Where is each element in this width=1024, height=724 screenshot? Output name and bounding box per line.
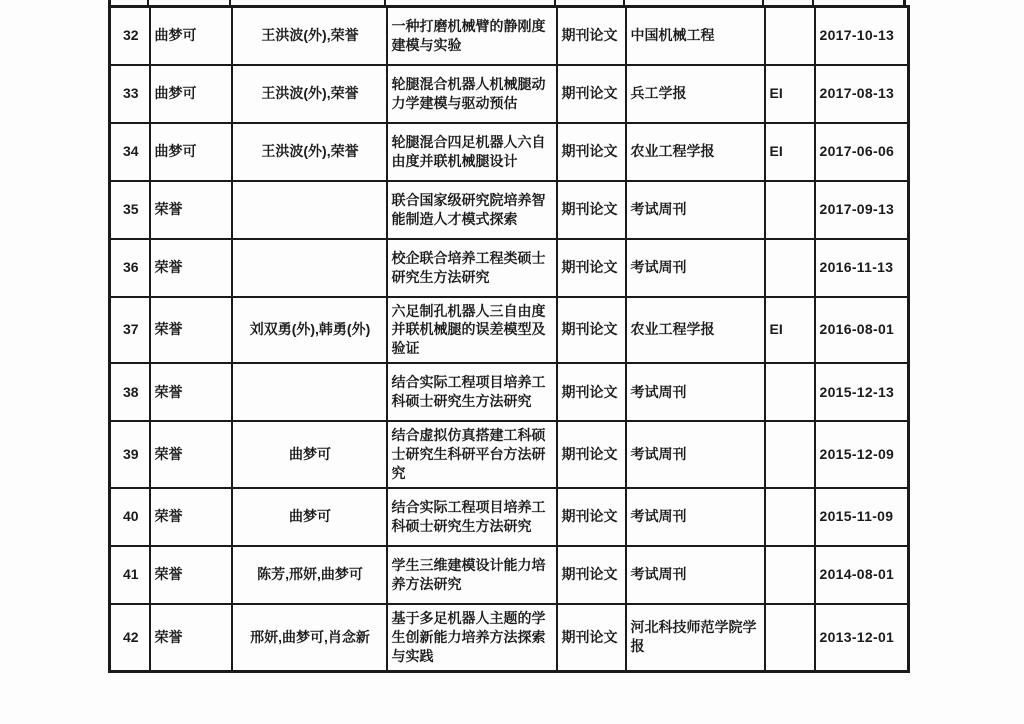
cell-row-number: 33 <box>110 65 150 123</box>
cell-paper-type: 期刊论文 <box>557 604 626 671</box>
cell-paper-title: 联合国家级研究院培养智能制造人才模式探索 <box>387 181 557 239</box>
publications-table-body: 32 曲梦可 王洪波(外),荣誉 一种打磨机械臂的静刚度建模与实验 期刊论文 中… <box>110 7 909 672</box>
cell-paper-title: 学生三维建模设计能力培养方法研究 <box>387 546 557 604</box>
cell-date: 2014-08-01 <box>815 546 909 604</box>
cell-index-tag: EI <box>765 123 815 181</box>
table-row: 37 荣誉 刘双勇(外),韩勇(外) 六足制孔机器人三自由度并联机械腿的误差模型… <box>110 297 909 364</box>
cell-journal: 河北科技师范学院学报 <box>626 604 765 671</box>
cell-date: 2015-11-09 <box>815 488 909 546</box>
cell-journal: 农业工程学报 <box>626 123 765 181</box>
cell-coauthors: 王洪波(外),荣誉 <box>232 65 387 123</box>
cell-journal: 兵工学报 <box>626 65 765 123</box>
cell-row-number: 40 <box>110 488 150 546</box>
cell-row-number: 32 <box>110 7 150 65</box>
table-row: 39 荣誉 曲梦可 结合虚拟仿真搭建工科硕士研究生科研平台方法研究 期刊论文 考… <box>110 421 909 488</box>
cell-date: 2013-12-01 <box>815 604 909 671</box>
cell-paper-type: 期刊论文 <box>557 123 626 181</box>
cell-coauthors <box>232 181 387 239</box>
cell-coauthors: 王洪波(外),荣誉 <box>232 123 387 181</box>
cell-journal: 考试周刊 <box>626 363 765 421</box>
cell-paper-type: 期刊论文 <box>557 488 626 546</box>
cell-index-tag <box>765 7 815 65</box>
cell-date: 2017-08-13 <box>815 65 909 123</box>
cell-coauthors <box>232 363 387 421</box>
cell-index-tag <box>765 181 815 239</box>
cell-index-tag <box>765 604 815 671</box>
cell-paper-title: 结合实际工程项目培养工科硕士研究生方法研究 <box>387 488 557 546</box>
cell-row-number: 35 <box>110 181 150 239</box>
cell-row-number: 41 <box>110 546 150 604</box>
cell-index-tag <box>765 546 815 604</box>
cell-paper-title: 轮腿混合四足机器人六自由度并联机械腿设计 <box>387 123 557 181</box>
cell-date: 2017-10-13 <box>815 7 909 65</box>
cell-paper-type: 期刊论文 <box>557 546 626 604</box>
cell-index-tag: EI <box>765 297 815 364</box>
cell-coauthors: 曲梦可 <box>232 488 387 546</box>
cell-author: 曲梦可 <box>150 123 232 181</box>
cell-paper-type: 期刊论文 <box>557 363 626 421</box>
table-row: 36 荣誉 校企联合培养工程类硕士研究生方法研究 期刊论文 考试周刊 2016-… <box>110 239 909 297</box>
cell-row-number: 34 <box>110 123 150 181</box>
cell-paper-type: 期刊论文 <box>557 239 626 297</box>
cell-paper-type: 期刊论文 <box>557 65 626 123</box>
cell-row-number: 37 <box>110 297 150 364</box>
cell-journal: 农业工程学报 <box>626 297 765 364</box>
cell-coauthors <box>232 239 387 297</box>
cell-journal: 考试周刊 <box>626 181 765 239</box>
cell-index-tag: EI <box>765 65 815 123</box>
cell-author: 荣誉 <box>150 421 232 488</box>
cell-author: 荣誉 <box>150 297 232 364</box>
cell-coauthors: 刘双勇(外),韩勇(外) <box>232 297 387 364</box>
cell-author: 曲梦可 <box>150 65 232 123</box>
cell-author: 荣誉 <box>150 181 232 239</box>
cell-date: 2015-12-09 <box>815 421 909 488</box>
cell-journal: 考试周刊 <box>626 488 765 546</box>
table-row: 40 荣誉 曲梦可 结合实际工程项目培养工科硕士研究生方法研究 期刊论文 考试周… <box>110 488 909 546</box>
table-row: 38 荣誉 结合实际工程项目培养工科硕士研究生方法研究 期刊论文 考试周刊 20… <box>110 363 909 421</box>
cell-row-number: 38 <box>110 363 150 421</box>
cell-author: 荣誉 <box>150 488 232 546</box>
publications-table: 32 曲梦可 王洪波(外),荣誉 一种打磨机械臂的静刚度建模与实验 期刊论文 中… <box>108 5 910 673</box>
cell-journal: 考试周刊 <box>626 546 765 604</box>
table-row: 41 荣誉 陈芳,邢妍,曲梦可 学生三维建模设计能力培养方法研究 期刊论文 考试… <box>110 546 909 604</box>
cell-journal: 中国机械工程 <box>626 7 765 65</box>
table-row: 42 荣誉 邢妍,曲梦可,肖念新 基于多足机器人主题的学生创新能力培养方法探索与… <box>110 604 909 671</box>
cell-date: 2017-09-13 <box>815 181 909 239</box>
cell-index-tag <box>765 421 815 488</box>
cell-coauthors: 邢妍,曲梦可,肖念新 <box>232 604 387 671</box>
cell-paper-title: 一种打磨机械臂的静刚度建模与实验 <box>387 7 557 65</box>
cell-paper-title: 结合虚拟仿真搭建工科硕士研究生科研平台方法研究 <box>387 421 557 488</box>
cell-coauthors: 王洪波(外),荣誉 <box>232 7 387 65</box>
document-page: 32 曲梦可 王洪波(外),荣誉 一种打磨机械臂的静刚度建模与实验 期刊论文 中… <box>0 0 1024 724</box>
cell-paper-type: 期刊论文 <box>557 181 626 239</box>
cell-paper-type: 期刊论文 <box>557 421 626 488</box>
cell-author: 荣誉 <box>150 604 232 671</box>
cell-row-number: 36 <box>110 239 150 297</box>
cell-paper-title: 六足制孔机器人三自由度并联机械腿的误差模型及验证 <box>387 297 557 364</box>
cell-author: 荣誉 <box>150 363 232 421</box>
cell-paper-title: 校企联合培养工程类硕士研究生方法研究 <box>387 239 557 297</box>
table-row: 32 曲梦可 王洪波(外),荣誉 一种打磨机械臂的静刚度建模与实验 期刊论文 中… <box>110 7 909 65</box>
cell-author: 荣誉 <box>150 546 232 604</box>
table-row: 33 曲梦可 王洪波(外),荣誉 轮腿混合机器人机械腿动力学建模与驱动预估 期刊… <box>110 65 909 123</box>
cell-index-tag <box>765 239 815 297</box>
cell-row-number: 39 <box>110 421 150 488</box>
cell-paper-title: 轮腿混合机器人机械腿动力学建模与驱动预估 <box>387 65 557 123</box>
cell-coauthors: 曲梦可 <box>232 421 387 488</box>
cell-paper-title: 结合实际工程项目培养工科硕士研究生方法研究 <box>387 363 557 421</box>
cell-date: 2016-08-01 <box>815 297 909 364</box>
cell-paper-title: 基于多足机器人主题的学生创新能力培养方法探索与实践 <box>387 604 557 671</box>
cell-journal: 考试周刊 <box>626 239 765 297</box>
cell-date: 2016-11-13 <box>815 239 909 297</box>
table-row: 34 曲梦可 王洪波(外),荣誉 轮腿混合四足机器人六自由度并联机械腿设计 期刊… <box>110 123 909 181</box>
cell-index-tag <box>765 488 815 546</box>
cell-author: 荣誉 <box>150 239 232 297</box>
cell-coauthors: 陈芳,邢妍,曲梦可 <box>232 546 387 604</box>
table-row: 35 荣誉 联合国家级研究院培养智能制造人才模式探索 期刊论文 考试周刊 201… <box>110 181 909 239</box>
cell-paper-type: 期刊论文 <box>557 297 626 364</box>
cell-paper-type: 期刊论文 <box>557 7 626 65</box>
cell-author: 曲梦可 <box>150 7 232 65</box>
cell-date: 2017-06-06 <box>815 123 909 181</box>
cell-journal: 考试周刊 <box>626 421 765 488</box>
cell-index-tag <box>765 363 815 421</box>
cell-row-number: 42 <box>110 604 150 671</box>
cell-date: 2015-12-13 <box>815 363 909 421</box>
